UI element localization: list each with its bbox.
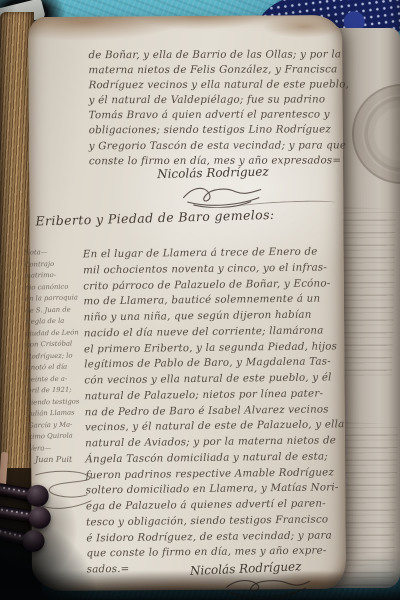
manuscript-text-line: Rodríguez vecinos y ella natural de este… [89,78,345,94]
signature-rubric-flourish [220,575,312,600]
photo-of-manuscript-book: de Boñar, y ella de Barrio de las Ollas;… [0,0,400,600]
margin-note-line: ciudad de León [26,327,88,340]
ink-stamp [343,75,400,194]
margin-note-line: en la parroquia [25,292,87,305]
manuscript-text-line: que conste lo firmo en día, mes y año ex… [86,543,344,562]
manuscript-text-line: de Boñar, y ella de Barrio de las Ollas;… [88,47,344,63]
manuscript-text-line: Tomás Bravo á quien advertí el parentesc… [89,108,345,124]
manuscript-text-line: obligaciones; siendo testigos Lino Rodrí… [89,123,345,139]
manuscript-text-line: y Gregorio Tascón de esta vecindad; y pa… [89,138,345,154]
manuscript-text-line: y él natural de Valdepiélago; fue su pad… [89,93,345,109]
margin-signature: Juan Puit [35,455,72,464]
baptism-entry-text: En el lugar de Llamera á trece de Enero … [83,244,345,578]
margin-note-line: Vera— [29,442,91,455]
entry-heading: Eriberto y Piedad de Baro gemelos: [35,207,274,229]
priest-signature: Nicolás Rodríguez [157,164,269,181]
manuscript-text-line: materna nietos de Felis González, y Fran… [88,62,344,78]
previous-entry-text: de Boñar, y ella de Barrio de las Ollas;… [88,47,344,169]
margin-annotation: Nota—Contrajomatrimo-nio canónicoen la p… [24,246,91,454]
